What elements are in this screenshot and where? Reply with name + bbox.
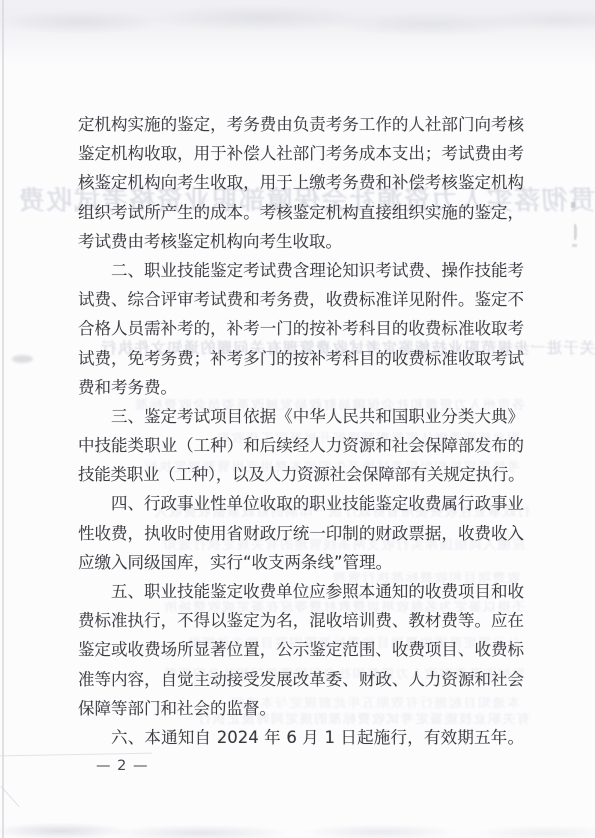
text-line: 试费，免考务费；补考多门的按补考科目的收费标准收取考试 — [78, 344, 524, 373]
text-line: 费标准执行，不得以鉴定为名，混收培训费、教材费等。应在 — [78, 606, 524, 635]
text-line: 五、职业技能鉴定收费单位应参照本通知的收费项目和收 — [78, 577, 524, 606]
scan-smudge — [12, 355, 33, 363]
document-body: 定机构实施的鉴定，考务费由负责考务工作的人社部门向考核鉴定机构收取，用于补偿人社… — [78, 110, 524, 752]
scan-left-edge-line — [2, 0, 4, 838]
text-line: 准等内容，自觉主动接受发展改革委、财政、人力资源和社会 — [78, 665, 524, 694]
text-line: 鉴定机构收取，用于补偿人社部门考务成本支出；考试费由考 — [78, 139, 524, 168]
scan-speckle — [572, 244, 577, 247]
text-line: 鉴定或收费场所显著位置，公示鉴定范围、收费项目、收费标 — [78, 635, 524, 664]
text-line: 四、行政事业性单位收取的职业技能鉴定收费属行政事业 — [78, 489, 524, 518]
text-line: 合格人员需补考的，补考一门的按补考科目的收费标准收取考 — [78, 314, 524, 343]
text-line: 费和考务费。 — [78, 373, 524, 402]
text-line: 核鉴定机构向考生收取，用于上缴考务费和补偿考核鉴定机构 — [78, 168, 524, 197]
text-line: 技能类职业（工种），以及人力资源社会保障部有关规定执行。 — [78, 460, 524, 489]
text-line: 试费、综合评审考试费和考务费，收费标准详见附件。鉴定不 — [78, 285, 524, 314]
text-line: 组织考试所产生的成本。考核鉴定机构直接组织实施的鉴定， — [78, 198, 524, 227]
scan-top-shadow — [0, 0, 595, 66]
text-line: 应缴入同级国库，实行“收支两条线”管理。 — [78, 548, 524, 577]
text-line: 六、本通知自 2024 年 6 月 1 日起施行，有效期五年。此前 — [78, 723, 524, 752]
scan-speckle — [571, 202, 575, 208]
text-line: 性收费，执收时使用省财政厅统一印制的财政票据，收费收入 — [78, 519, 524, 548]
text-line: 保障等部门和社会的监督。 — [78, 694, 524, 723]
text-line: 二、职业技能鉴定考试费含理论知识考试费、操作技能考 — [78, 256, 524, 285]
scanned-document-page: 贯彻落实人力资源社会保障部职业资格考试收费关于进一步规范职业技能鉴定考试收费管理… — [0, 0, 595, 838]
scan-speckle — [574, 224, 577, 240]
fold-crease-line — [0, 753, 152, 757]
page-number: — 2 — — [96, 758, 166, 778]
text-line: 三、鉴定考试项目依据《中华人民共和国职业分类大典》 — [78, 402, 524, 431]
text-line: 考试费由考核鉴定机构向考生收取。 — [78, 227, 524, 256]
text-line: 中技能类职业（工种）和后续经人力资源和社会保障部发布的 — [78, 431, 524, 460]
scan-bottom-shadow — [0, 814, 595, 838]
text-line: 定机构实施的鉴定，考务费由负责考务工作的人社部门向考核 — [78, 110, 524, 139]
